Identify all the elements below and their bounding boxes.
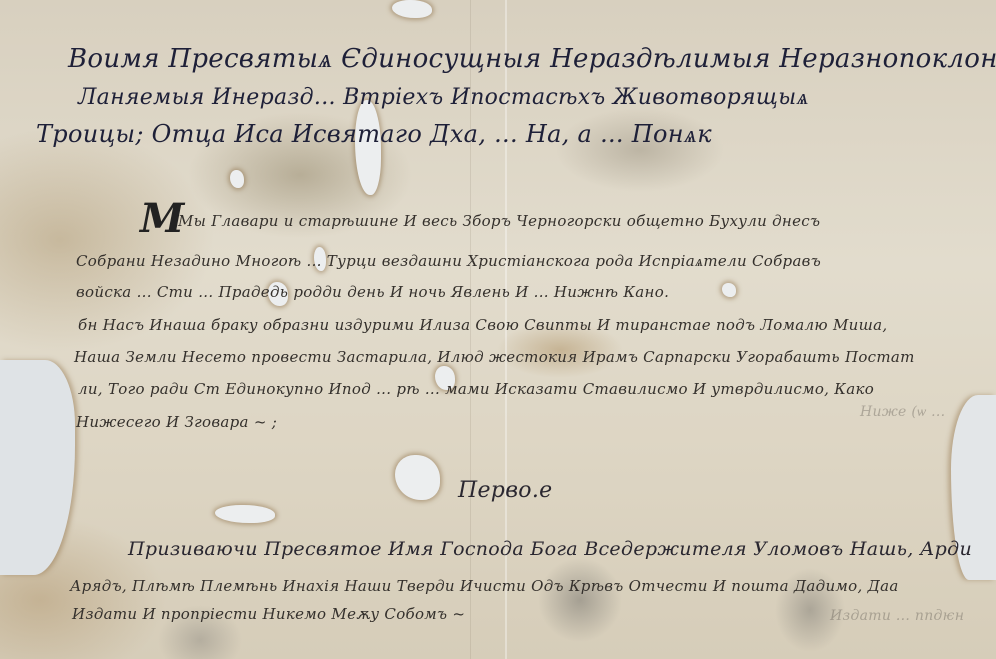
- document-paper: Воимя Пресвятыѧ Єдиносущныя Нераздѣлимыя…: [0, 0, 996, 659]
- body-line-1: Мы Главари и старѣшине И весь Зборъ Черн…: [178, 212, 820, 230]
- section-line-2: Арядъ, Плѣмѣ Племѣнь Инахія Наши Тверди …: [70, 577, 899, 595]
- body-line-6: ли, Того ради Ст Единокупно Ипод ... рѣ …: [78, 380, 874, 398]
- body-line-3: войска ... Сти ... Прадедь родди день И …: [76, 283, 669, 301]
- torn-edge-left: [0, 360, 75, 575]
- section-line-1: Призиваючи Пресвятое Имя Господа Бога Вс…: [128, 538, 972, 560]
- preamble-line-1: Воимя Пресвятыѧ Єдиносущныя Нераздѣлимыя…: [68, 44, 996, 74]
- body-line-5: Наша Земли Несето провести Застарила, Ил…: [74, 348, 915, 366]
- preamble-line-3: Троицы; Отца Иса Исвятаго Дха, ... На, а…: [36, 120, 712, 149]
- preamble-line-2: Ланяемыя Инеразд... Втріехъ Ипостасѣхъ Ж…: [78, 84, 809, 110]
- paper-hole: [722, 283, 736, 297]
- body-line-4: бн Насъ Инаша браку образни издурими Или…: [78, 316, 887, 334]
- paper-hole: [230, 170, 244, 188]
- faint-marginal-note: Ниже (ѡ ...: [860, 404, 945, 421]
- paper-hole: [392, 0, 432, 18]
- body-line-7: Нижесего И Зговара ~ ;: [76, 413, 277, 431]
- faint-marginal-note: Издати ... ппдѥн: [830, 608, 964, 624]
- paper-hole: [215, 505, 275, 523]
- paper-hole: [395, 455, 440, 500]
- section-heading: Перво.е: [458, 478, 552, 503]
- body-line-2: Собрани Незадино Многоѣ ... Турци вездаш…: [76, 252, 821, 271]
- section-line-3: Издати И пропріести Никемо Меѫу Собомъ ~: [72, 605, 465, 623]
